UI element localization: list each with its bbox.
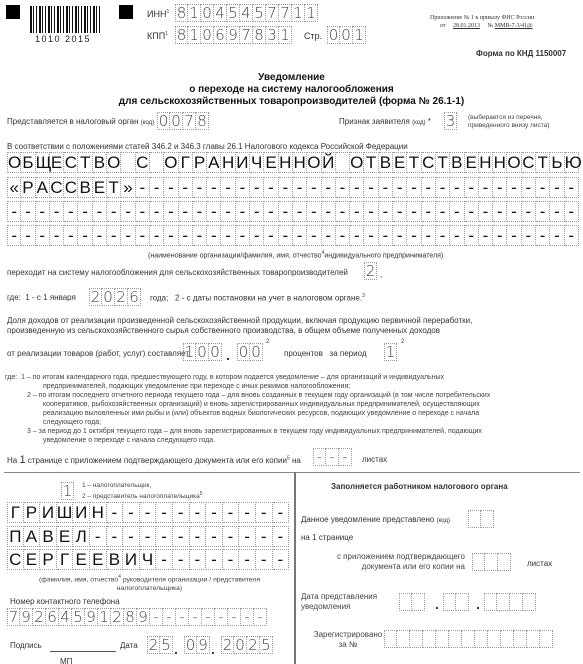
char-cell[interactable]: - bbox=[90, 526, 107, 547]
char-cell[interactable]: - bbox=[407, 177, 421, 198]
char-cell[interactable]: - bbox=[322, 177, 336, 198]
char-cell[interactable]: А bbox=[24, 526, 41, 547]
char-cell[interactable]: - bbox=[336, 201, 350, 222]
char-cell[interactable]: А bbox=[36, 177, 50, 198]
char-cell[interactable]: - bbox=[179, 201, 193, 222]
char-cell[interactable] bbox=[436, 630, 449, 648]
char-cell[interactable]: - bbox=[326, 448, 339, 466]
char-cell[interactable] bbox=[540, 630, 553, 648]
char-cell[interactable]: - bbox=[436, 225, 450, 246]
percent-integer-field[interactable]: 100 bbox=[183, 343, 222, 361]
char-cell[interactable]: 6 bbox=[214, 26, 227, 44]
char-cell[interactable]: 0 bbox=[201, 26, 214, 44]
char-cell[interactable]: - bbox=[393, 225, 407, 246]
char-cell[interactable]: В bbox=[78, 177, 92, 198]
char-cell[interactable]: В bbox=[40, 526, 57, 547]
char-cell[interactable]: - bbox=[465, 225, 479, 246]
char-cell[interactable]: 0 bbox=[170, 112, 183, 130]
char-cell[interactable]: - bbox=[223, 526, 240, 547]
char-cell[interactable]: - bbox=[550, 177, 564, 198]
char-cell[interactable] bbox=[484, 593, 497, 611]
char-cell[interactable]: - bbox=[207, 225, 221, 246]
char-cell[interactable]: Н bbox=[293, 152, 307, 173]
percent-decimal-field[interactable]: 00 bbox=[237, 343, 263, 361]
char-cell[interactable]: - bbox=[256, 549, 273, 570]
char-cell[interactable]: 2 bbox=[364, 262, 377, 280]
char-cell[interactable]: 7 bbox=[279, 4, 292, 22]
char-cell[interactable]: - bbox=[239, 549, 256, 570]
char-cell[interactable] bbox=[121, 152, 135, 173]
char-cell[interactable]: - bbox=[50, 225, 64, 246]
char-cell[interactable]: Н bbox=[90, 502, 107, 523]
char-cell[interactable]: - bbox=[206, 549, 223, 570]
char-cell[interactable]: - bbox=[78, 225, 92, 246]
char-cell[interactable]: - bbox=[193, 177, 207, 198]
char-cell[interactable]: - bbox=[279, 177, 293, 198]
attachment-sheets-field[interactable]: --- bbox=[313, 448, 352, 466]
char-cell[interactable]: - bbox=[239, 526, 256, 547]
char-cell[interactable]: - bbox=[565, 177, 579, 198]
char-cell[interactable] bbox=[514, 630, 527, 648]
date-day-field[interactable]: 25 bbox=[147, 636, 173, 654]
char-cell[interactable]: 6 bbox=[46, 608, 59, 626]
char-cell[interactable]: Е bbox=[264, 152, 278, 173]
char-cell[interactable]: 8 bbox=[175, 4, 188, 22]
char-cell[interactable]: - bbox=[422, 177, 436, 198]
char-cell[interactable]: - bbox=[379, 201, 393, 222]
char-cell[interactable]: - bbox=[336, 225, 350, 246]
officer-date-year-field[interactable] bbox=[484, 593, 536, 611]
date-month-field[interactable]: 09 bbox=[184, 636, 210, 654]
char-cell[interactable]: - bbox=[493, 177, 507, 198]
char-cell[interactable]: - bbox=[190, 549, 207, 570]
char-cell[interactable]: - bbox=[350, 177, 364, 198]
char-cell[interactable]: - bbox=[136, 225, 150, 246]
char-cell[interactable]: Е bbox=[393, 152, 407, 173]
char-cell[interactable]: - bbox=[550, 225, 564, 246]
char-cell[interactable]: 5 bbox=[160, 636, 173, 654]
char-cell[interactable]: - bbox=[264, 177, 278, 198]
char-cell[interactable] bbox=[523, 593, 536, 611]
char-cell[interactable]: 8 bbox=[124, 608, 137, 626]
char-cell[interactable]: Е bbox=[73, 549, 90, 570]
char-cell[interactable]: 7 bbox=[183, 112, 196, 130]
char-cell[interactable]: - bbox=[7, 201, 21, 222]
char-cell[interactable]: 4 bbox=[240, 4, 253, 22]
char-cell[interactable]: - bbox=[123, 526, 140, 547]
char-cell[interactable]: 0 bbox=[250, 343, 263, 361]
char-cell[interactable]: - bbox=[150, 608, 163, 626]
char-cell[interactable]: - bbox=[78, 201, 92, 222]
char-cell[interactable]: Ч bbox=[140, 549, 157, 570]
submitted-code-field[interactable] bbox=[468, 510, 494, 528]
org-name-row-1[interactable]: ОБЩЕСТВО С ОГРАНИЧЕННОЙ ОТВЕТСТВЕННОСТЬЮ bbox=[7, 152, 579, 173]
char-cell[interactable]: 0 bbox=[340, 26, 353, 44]
char-cell[interactable]: - bbox=[164, 225, 178, 246]
char-cell[interactable]: - bbox=[522, 177, 536, 198]
char-cell[interactable]: » bbox=[121, 177, 135, 198]
char-cell[interactable]: - bbox=[393, 201, 407, 222]
char-cell[interactable]: - bbox=[107, 502, 124, 523]
char-cell[interactable]: 4 bbox=[59, 608, 72, 626]
char-cell[interactable] bbox=[475, 630, 488, 648]
char-cell[interactable]: 3 bbox=[444, 112, 457, 130]
char-cell[interactable]: - bbox=[228, 608, 241, 626]
char-cell[interactable]: 1 bbox=[188, 4, 201, 22]
char-cell[interactable]: - bbox=[479, 225, 493, 246]
char-cell[interactable]: 2 bbox=[111, 608, 124, 626]
char-cell[interactable]: - bbox=[273, 502, 290, 523]
char-cell[interactable]: 5 bbox=[227, 4, 240, 22]
char-cell[interactable] bbox=[472, 553, 485, 571]
char-cell[interactable]: - bbox=[293, 201, 307, 222]
char-cell[interactable]: И bbox=[236, 152, 250, 173]
char-cell[interactable]: - bbox=[223, 549, 240, 570]
char-cell[interactable]: - bbox=[465, 201, 479, 222]
page-number-field[interactable]: 001 bbox=[327, 26, 366, 44]
last-name-field[interactable]: ГРИШИН----------- bbox=[7, 502, 289, 523]
char-cell[interactable]: - bbox=[465, 177, 479, 198]
char-cell[interactable] bbox=[488, 630, 501, 648]
char-cell[interactable]: - bbox=[221, 177, 235, 198]
char-cell[interactable]: - bbox=[173, 549, 190, 570]
char-cell[interactable]: 2 bbox=[89, 288, 102, 306]
char-cell[interactable]: - bbox=[140, 526, 157, 547]
char-cell[interactable] bbox=[456, 593, 469, 611]
char-cell[interactable] bbox=[481, 510, 494, 528]
char-cell[interactable]: Р bbox=[193, 152, 207, 173]
char-cell[interactable]: 2 bbox=[221, 636, 234, 654]
char-cell[interactable]: Г bbox=[179, 152, 193, 173]
char-cell[interactable]: Л bbox=[73, 526, 90, 547]
char-cell[interactable]: - bbox=[479, 201, 493, 222]
char-cell[interactable]: 7 bbox=[266, 4, 279, 22]
char-cell[interactable]: 0 bbox=[327, 26, 340, 44]
char-cell[interactable]: Г bbox=[7, 502, 24, 523]
char-cell[interactable]: Щ bbox=[36, 152, 50, 173]
char-cell[interactable]: - bbox=[450, 225, 464, 246]
char-cell[interactable]: - bbox=[379, 177, 393, 198]
char-cell[interactable]: - bbox=[93, 225, 107, 246]
char-cell[interactable]: 0 bbox=[237, 343, 250, 361]
char-cell[interactable]: 7 bbox=[7, 608, 20, 626]
char-cell[interactable]: В bbox=[107, 549, 124, 570]
char-cell[interactable]: - bbox=[193, 201, 207, 222]
char-cell[interactable]: - bbox=[241, 608, 254, 626]
char-cell[interactable]: С bbox=[136, 152, 150, 173]
char-cell[interactable]: О bbox=[164, 152, 178, 173]
char-cell[interactable]: - bbox=[522, 225, 536, 246]
char-cell[interactable]: Г bbox=[57, 549, 74, 570]
char-cell[interactable]: - bbox=[236, 177, 250, 198]
char-cell[interactable]: - bbox=[164, 177, 178, 198]
char-cell[interactable]: О bbox=[307, 152, 321, 173]
char-cell[interactable]: - bbox=[173, 502, 190, 523]
period-field[interactable]: 1 bbox=[384, 343, 397, 361]
char-cell[interactable]: С bbox=[522, 152, 536, 173]
patronymic-field[interactable]: СЕРГЕЕВИЧ-------- bbox=[7, 549, 289, 570]
char-cell[interactable]: - bbox=[64, 201, 78, 222]
char-cell[interactable] bbox=[443, 593, 456, 611]
char-cell[interactable]: - bbox=[164, 201, 178, 222]
first-name-field[interactable]: ПАВЕЛ------------ bbox=[7, 526, 289, 547]
char-cell[interactable]: Б bbox=[21, 152, 35, 173]
char-cell[interactable]: - bbox=[156, 549, 173, 570]
char-cell[interactable]: - bbox=[156, 502, 173, 523]
char-cell[interactable]: - bbox=[422, 201, 436, 222]
char-cell[interactable]: - bbox=[206, 526, 223, 547]
char-cell[interactable] bbox=[384, 630, 397, 648]
char-cell[interactable]: Ь bbox=[550, 152, 564, 173]
char-cell[interactable]: - bbox=[536, 225, 550, 246]
char-cell[interactable]: - bbox=[293, 177, 307, 198]
officer-attachment-sheets-field[interactable] bbox=[472, 553, 511, 571]
char-cell[interactable]: Н bbox=[493, 152, 507, 173]
char-cell[interactable]: - bbox=[189, 608, 202, 626]
char-cell[interactable]: - bbox=[550, 201, 564, 222]
char-cell[interactable]: - bbox=[493, 225, 507, 246]
char-cell[interactable] bbox=[498, 553, 511, 571]
char-cell[interactable]: 1 bbox=[353, 26, 366, 44]
transition-option-field[interactable]: 2 bbox=[364, 262, 377, 280]
char-cell[interactable]: С bbox=[64, 177, 78, 198]
char-cell[interactable]: 2 bbox=[147, 636, 160, 654]
char-cell[interactable]: - bbox=[239, 502, 256, 523]
char-cell[interactable]: - bbox=[176, 608, 189, 626]
org-name-row-4[interactable]: ---------------------------------------- bbox=[7, 225, 579, 246]
char-cell[interactable]: - bbox=[150, 177, 164, 198]
date-year-field[interactable]: 2025 bbox=[221, 636, 273, 654]
char-cell[interactable]: - bbox=[236, 201, 250, 222]
char-cell[interactable]: Е bbox=[90, 549, 107, 570]
char-cell[interactable]: - bbox=[522, 201, 536, 222]
char-cell[interactable]: - bbox=[190, 526, 207, 547]
char-cell[interactable]: Т bbox=[78, 152, 92, 173]
char-cell[interactable]: 8 bbox=[253, 26, 266, 44]
char-cell[interactable]: 1 bbox=[98, 608, 111, 626]
phone-field[interactable]: 79264591289--------- bbox=[7, 608, 267, 626]
char-cell[interactable]: - bbox=[179, 225, 193, 246]
char-cell[interactable]: Р bbox=[40, 549, 57, 570]
char-cell[interactable] bbox=[497, 593, 510, 611]
char-cell[interactable]: Т bbox=[536, 152, 550, 173]
char-cell[interactable]: - bbox=[507, 201, 521, 222]
char-cell[interactable]: - bbox=[121, 201, 135, 222]
char-cell[interactable]: - bbox=[107, 225, 121, 246]
char-cell[interactable]: 1 bbox=[292, 4, 305, 22]
char-cell[interactable]: - bbox=[479, 177, 493, 198]
char-cell[interactable]: - bbox=[156, 526, 173, 547]
char-cell[interactable]: - bbox=[264, 201, 278, 222]
char-cell[interactable]: - bbox=[322, 225, 336, 246]
char-cell[interactable]: - bbox=[339, 448, 352, 466]
char-cell[interactable]: - bbox=[36, 201, 50, 222]
char-cell[interactable]: 7 bbox=[240, 26, 253, 44]
char-cell[interactable]: 1 bbox=[279, 26, 292, 44]
char-cell[interactable]: 0 bbox=[234, 636, 247, 654]
char-cell[interactable]: Т bbox=[407, 152, 421, 173]
registration-number-field[interactable] bbox=[384, 630, 553, 648]
char-cell[interactable]: Р bbox=[24, 502, 41, 523]
char-cell[interactable]: - bbox=[313, 448, 326, 466]
char-cell[interactable]: - bbox=[121, 225, 135, 246]
char-cell[interactable]: - bbox=[50, 201, 64, 222]
char-cell[interactable]: 9 bbox=[137, 608, 150, 626]
officer-date-day-field[interactable] bbox=[399, 593, 425, 611]
char-cell[interactable]: Ю bbox=[565, 152, 579, 173]
char-cell[interactable]: Е bbox=[465, 152, 479, 173]
char-cell[interactable]: С bbox=[50, 177, 64, 198]
inn-field[interactable]: 81045457711 bbox=[175, 4, 318, 22]
char-cell[interactable]: Й bbox=[322, 152, 336, 173]
char-cell[interactable] bbox=[527, 630, 540, 648]
char-cell[interactable]: - bbox=[307, 177, 321, 198]
char-cell[interactable]: - bbox=[7, 225, 21, 246]
char-cell[interactable]: - bbox=[206, 502, 223, 523]
char-cell[interactable]: 5 bbox=[260, 636, 273, 654]
char-cell[interactable]: - bbox=[190, 502, 207, 523]
char-cell[interactable]: - bbox=[422, 225, 436, 246]
char-cell[interactable]: 0 bbox=[196, 343, 209, 361]
char-cell[interactable]: И bbox=[123, 549, 140, 570]
char-cell[interactable]: Е bbox=[24, 549, 41, 570]
char-cell[interactable]: Т bbox=[364, 152, 378, 173]
char-cell[interactable]: Ч bbox=[250, 152, 264, 173]
char-cell[interactable]: - bbox=[493, 201, 507, 222]
char-cell[interactable] bbox=[449, 630, 462, 648]
char-cell[interactable]: - bbox=[64, 225, 78, 246]
char-cell[interactable] bbox=[397, 630, 410, 648]
char-cell[interactable]: - bbox=[221, 201, 235, 222]
char-cell[interactable]: Е bbox=[57, 526, 74, 547]
char-cell[interactable]: 5 bbox=[253, 4, 266, 22]
char-cell[interactable]: 6 bbox=[128, 288, 141, 306]
char-cell[interactable]: - bbox=[107, 526, 124, 547]
char-cell[interactable]: С bbox=[7, 549, 24, 570]
char-cell[interactable]: - bbox=[393, 177, 407, 198]
char-cell[interactable]: - bbox=[36, 225, 50, 246]
char-cell[interactable]: Н bbox=[479, 152, 493, 173]
char-cell[interactable]: - bbox=[279, 201, 293, 222]
char-cell[interactable]: 1 bbox=[188, 26, 201, 44]
char-cell[interactable]: - bbox=[350, 225, 364, 246]
char-cell[interactable]: - bbox=[273, 549, 290, 570]
char-cell[interactable]: - bbox=[436, 201, 450, 222]
char-cell[interactable]: И bbox=[73, 502, 90, 523]
char-cell[interactable]: - bbox=[179, 177, 193, 198]
char-cell[interactable]: - bbox=[379, 225, 393, 246]
char-cell[interactable]: - bbox=[450, 201, 464, 222]
char-cell[interactable]: О bbox=[507, 152, 521, 173]
char-cell[interactable]: 8 bbox=[175, 26, 188, 44]
char-cell[interactable]: - bbox=[236, 225, 250, 246]
char-cell[interactable]: - bbox=[93, 201, 107, 222]
char-cell[interactable] bbox=[410, 630, 423, 648]
char-cell[interactable]: - bbox=[173, 526, 190, 547]
char-cell[interactable] bbox=[485, 553, 498, 571]
char-cell[interactable]: 0 bbox=[201, 4, 214, 22]
char-cell[interactable]: 9 bbox=[227, 26, 240, 44]
char-cell[interactable]: - bbox=[254, 608, 267, 626]
char-cell[interactable]: - bbox=[279, 225, 293, 246]
char-cell[interactable]: - bbox=[21, 201, 35, 222]
char-cell[interactable]: - bbox=[140, 502, 157, 523]
officer-date-month-field[interactable] bbox=[443, 593, 469, 611]
char-cell[interactable]: В bbox=[93, 152, 107, 173]
char-cell[interactable]: - bbox=[565, 225, 579, 246]
char-cell[interactable]: 2 bbox=[115, 288, 128, 306]
char-cell[interactable]: - bbox=[273, 526, 290, 547]
char-cell[interactable]: - bbox=[150, 201, 164, 222]
char-cell[interactable]: В bbox=[450, 152, 464, 173]
char-cell[interactable]: О bbox=[7, 152, 21, 173]
char-cell[interactable] bbox=[462, 630, 475, 648]
char-cell[interactable]: - bbox=[202, 608, 215, 626]
year-field[interactable]: 2026 bbox=[89, 288, 141, 306]
char-cell[interactable]: - bbox=[223, 502, 240, 523]
char-cell[interactable]: - bbox=[436, 177, 450, 198]
char-cell[interactable]: - bbox=[207, 177, 221, 198]
char-cell[interactable] bbox=[399, 593, 412, 611]
char-cell[interactable]: 4 bbox=[214, 4, 227, 22]
char-cell[interactable]: - bbox=[322, 201, 336, 222]
char-cell[interactable]: - bbox=[507, 177, 521, 198]
char-cell[interactable]: - bbox=[193, 225, 207, 246]
char-cell[interactable]: С bbox=[422, 152, 436, 173]
char-cell[interactable]: - bbox=[136, 177, 150, 198]
char-cell[interactable]: 1 bbox=[183, 343, 196, 361]
char-cell[interactable]: - bbox=[364, 177, 378, 198]
char-cell[interactable] bbox=[412, 593, 425, 611]
char-cell[interactable]: И bbox=[40, 502, 57, 523]
char-cell[interactable]: - bbox=[307, 201, 321, 222]
char-cell[interactable]: - bbox=[250, 201, 264, 222]
char-cell[interactable]: 8 bbox=[196, 112, 209, 130]
char-cell[interactable]: - bbox=[256, 526, 273, 547]
char-cell[interactable]: 1 bbox=[61, 482, 74, 500]
char-cell[interactable]: Т bbox=[436, 152, 450, 173]
char-cell[interactable]: 0 bbox=[209, 343, 222, 361]
char-cell[interactable] bbox=[501, 630, 514, 648]
char-cell[interactable]: « bbox=[7, 177, 21, 198]
char-cell[interactable] bbox=[423, 630, 436, 648]
char-cell[interactable]: - bbox=[536, 201, 550, 222]
char-cell[interactable]: - bbox=[215, 608, 228, 626]
char-cell[interactable]: Ш bbox=[57, 502, 74, 523]
char-cell[interactable]: - bbox=[350, 201, 364, 222]
signature-line[interactable] bbox=[50, 651, 116, 652]
char-cell[interactable]: - bbox=[21, 225, 35, 246]
char-cell[interactable]: П bbox=[7, 526, 24, 547]
char-cell[interactable]: - bbox=[336, 177, 350, 198]
char-cell[interactable]: - bbox=[150, 225, 164, 246]
org-name-row-2[interactable]: «РАССВЕТ»------------------------------- bbox=[7, 177, 579, 198]
char-cell[interactable]: - bbox=[565, 201, 579, 222]
char-cell[interactable] bbox=[468, 510, 481, 528]
applicant-code-field[interactable]: 3 bbox=[444, 112, 457, 130]
char-cell[interactable]: - bbox=[250, 225, 264, 246]
char-cell[interactable]: 3 bbox=[266, 26, 279, 44]
signer-type-field[interactable]: 1 bbox=[61, 482, 74, 500]
char-cell[interactable]: В bbox=[379, 152, 393, 173]
char-cell[interactable]: - bbox=[450, 177, 464, 198]
char-cell[interactable]: - bbox=[256, 502, 273, 523]
kpp-field[interactable]: 810697831 bbox=[175, 26, 292, 44]
char-cell[interactable]: С bbox=[64, 152, 78, 173]
tax-office-code-field[interactable]: 0078 bbox=[157, 112, 209, 130]
char-cell[interactable]: - bbox=[407, 225, 421, 246]
char-cell[interactable] bbox=[510, 593, 523, 611]
